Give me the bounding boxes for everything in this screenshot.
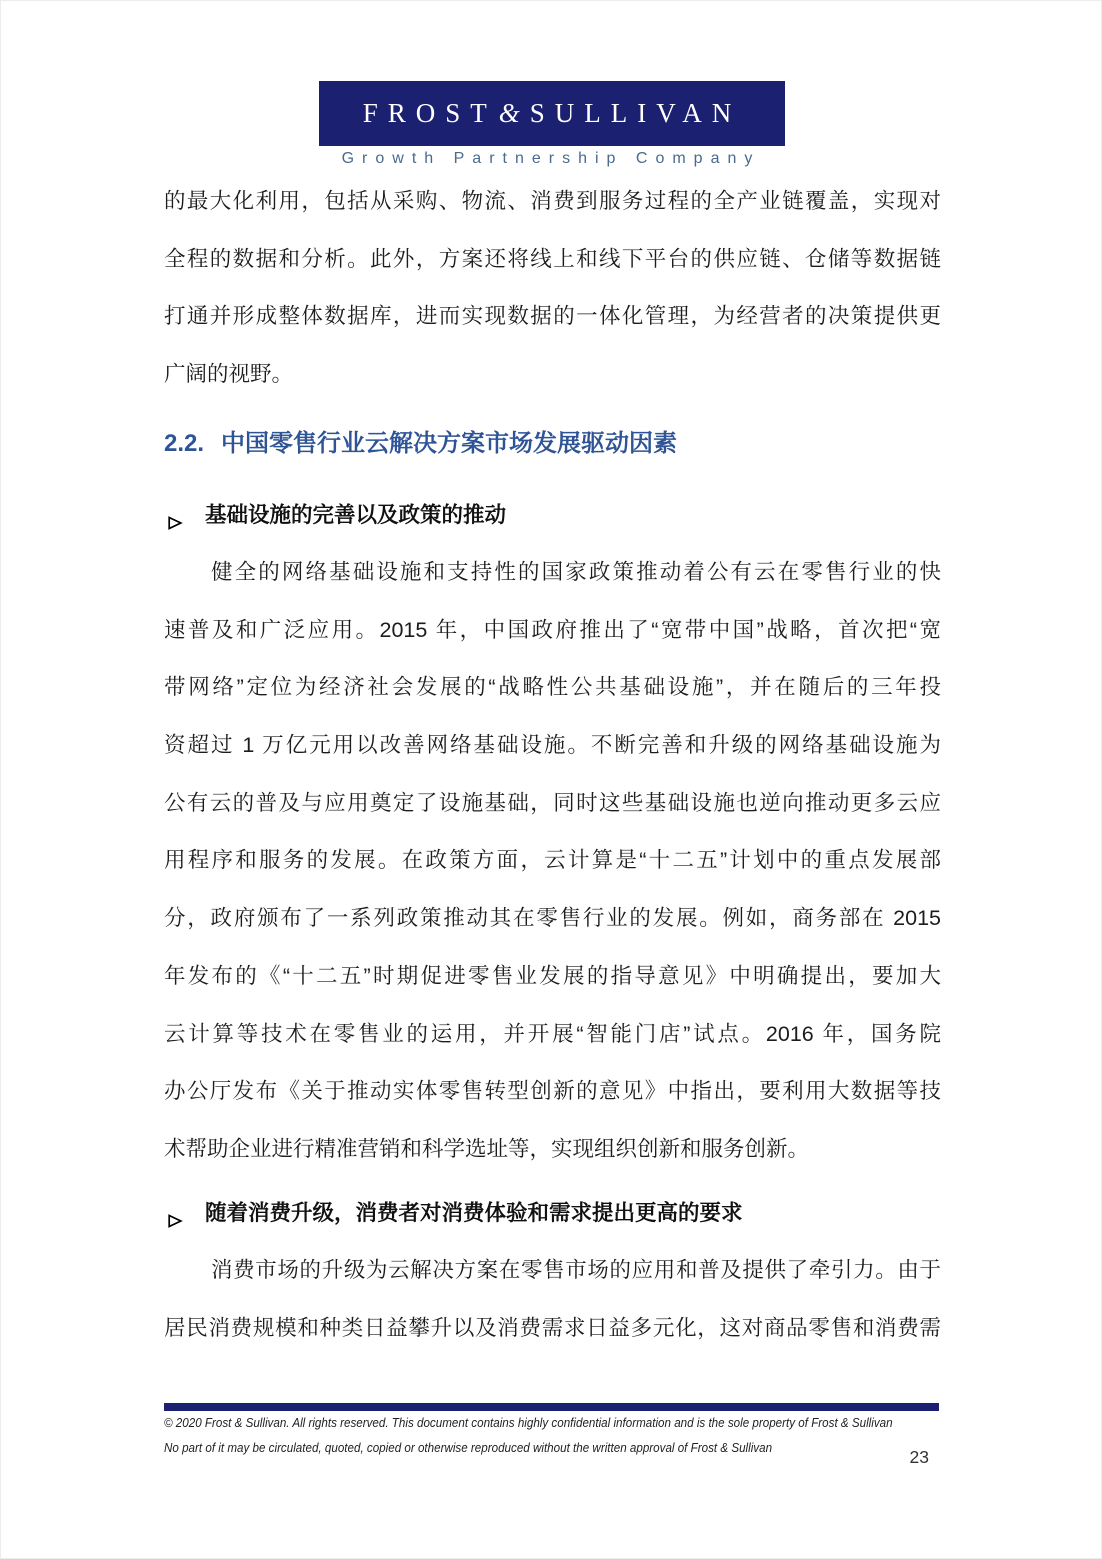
section-number: 2.2. <box>164 430 204 457</box>
frost-sullivan-logo: FROST&SULLIVAN <box>319 81 785 146</box>
logo-brand-left: FROST <box>363 98 497 128</box>
footer-copyright-line1: © 2020 Frost & Sullivan. All rights rese… <box>164 1411 936 1436</box>
text-line: 公有云的普及与应用奠定了设施基础，同时这些基础设施也逆向推动更多云应 <box>164 775 941 833</box>
text-line: 居民消费规模和种类日益攀升以及消费需求日益多元化，这对商品零售和消费需 <box>164 1300 941 1358</box>
logo-ampersand: & <box>497 98 530 128</box>
text-line: 打通并形成整体数据库，进而实现数据的一体化管理，为经营者的决策提供更 <box>164 288 941 346</box>
logo-brand-right: SULLIVAN <box>530 98 742 128</box>
text-line: 消费市场的升级为云解决方案在零售市场的应用和普及提供了牵引力。由于 <box>164 1242 941 1300</box>
text-line: 广阔的视野。 <box>164 346 941 404</box>
section-title: 中国零售行业云解决方案市场发展驱动因素 <box>221 430 677 457</box>
arrowhead-right-icon <box>167 508 183 524</box>
document-page: FROST&SULLIVAN Growth Partnership Compan… <box>0 0 1102 1559</box>
driver2-paragraph: 消费市场的升级为云解决方案在零售市场的应用和普及提供了牵引力。由于居民消费规模和… <box>164 1242 941 1357</box>
text-line: 术帮助企业进行精准营销和科学选址等，实现组织创新和服务创新。 <box>164 1121 941 1179</box>
arrowhead-right-icon <box>167 1206 183 1222</box>
text-line: 速普及和广泛应用。2015 年，中国政府推出了“宽带中国”战略，首次把“宽 <box>164 602 941 660</box>
section-heading: 2.2.中国零售行业云解决方案市场发展驱动因素 <box>164 428 984 460</box>
driver1-heading: 基础设施的完善以及政策的推动 <box>164 499 984 531</box>
logo-brand-text: FROST&SULLIVAN <box>363 98 742 129</box>
driver1-paragraph: 健全的网络基础设施和支持性的国家政策推动着公有云在零售行业的快速普及和广泛应用。… <box>164 544 941 1179</box>
text-line: 用程序和服务的发展。在政策方面，云计算是“十二五”计划中的重点发展部 <box>164 832 941 890</box>
text-line: 健全的网络基础设施和支持性的国家政策推动着公有云在零售行业的快 <box>164 544 941 602</box>
text-line: 带网络”定位为经济社会发展的“战略性公共基础设施”，并在随后的三年投 <box>164 659 941 717</box>
text-line: 云计算等技术在零售业的运用，并开展“智能门店”试点。2016 年，国务院 <box>164 1006 941 1064</box>
text-line: 年发布的《“十二五”时期促进零售业发展的指导意见》中明确提出，要加大 <box>164 948 941 1006</box>
text-line: 的最大化利用，包括从采购、物流、消费到服务过程的全产业链覆盖，实现对 <box>164 173 941 231</box>
page-number: 23 <box>164 1447 941 1468</box>
driver2-title: 随着消费升级，消费者对消费体验和需求提出更高的要求 <box>205 1197 743 1229</box>
intro-paragraph: 的最大化利用，包括从采购、物流、消费到服务过程的全产业链覆盖，实现对全程的数据和… <box>164 173 941 404</box>
text-line: 分，政府颁布了一系列政策推动其在零售行业的发展。例如，商务部在 2015 <box>164 890 941 948</box>
text-line: 资超过 1 万亿元用以改善网络基础设施。不断完善和升级的网络基础设施为 <box>164 717 941 775</box>
driver1-title: 基础设施的完善以及政策的推动 <box>205 499 506 531</box>
text-line: 办公厅发布《关于推动实体零售转型创新的意见》中指出，要利用大数据等技 <box>164 1063 941 1121</box>
footer-divider-bar <box>164 1403 939 1411</box>
driver2-heading: 随着消费升级，消费者对消费体验和需求提出更高的要求 <box>164 1197 984 1229</box>
logo-tagline: Growth Partnership Company <box>1 150 1101 168</box>
text-line: 全程的数据和分析。此外，方案还将线上和线下平台的供应链、仓储等数据链 <box>164 231 941 289</box>
